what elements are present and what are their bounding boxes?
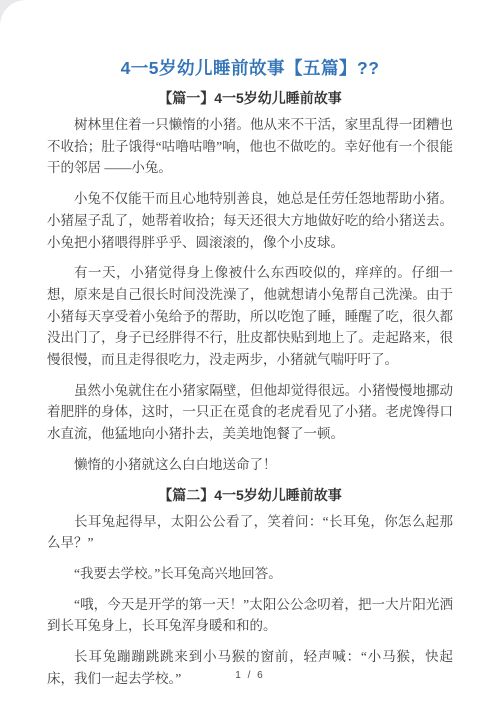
section-1-heading: 【篇一】4一5岁幼儿睡前故事 <box>47 88 453 108</box>
document-page: 4一5岁幼儿睡前故事【五篇】?? 【篇一】4一5岁幼儿睡前故事 树林里住着一只懒… <box>0 0 500 707</box>
story-paragraph: “我要去学校。”长耳兔高兴地回答。 <box>47 563 453 585</box>
story-paragraph: 有一天，小猪觉得身上像被什么东西咬似的，痒痒的。仔细一想，原来是自己很长时间没洗… <box>47 262 453 371</box>
story-paragraph: 树林里住着一只懒惰的小猪。他从来不干活，家里乱得一团糟也不收拾；肚子饿得“咕噜咕… <box>47 114 453 179</box>
story-paragraph: 长耳兔蹦蹦跳跳来到小马猴的窗前，轻声喊：“小马猴，快起床，我们一起去学校。” <box>47 646 453 689</box>
document-title: 4一5岁幼儿睡前故事【五篇】?? <box>47 56 453 80</box>
story-paragraph: 虽然小兔就住在小猪家隔壁，但他却觉得很远。小猪慢慢地挪动着肥胖的身体，这时，一只… <box>47 380 453 445</box>
story-paragraph: 懒惰的小猪就这么白白地送命了！ <box>47 454 453 476</box>
story-paragraph: 长耳兔起得早，太阳公公看了，笑着问：“长耳兔，你怎么起那么早？” <box>47 511 453 554</box>
story-paragraph: “哦，今天是开学的第一天！”太阳公公念叨着，把一大片阳光洒到长耳兔身上，长耳兔浑… <box>47 594 453 637</box>
page-indicator: 1 / 6 <box>0 670 500 681</box>
story-paragraph: 小兔不仅能干而且心地特别善良，她总是任劳任怨地帮助小猪。小猪屋子乱了，她帮着收拾… <box>47 188 453 253</box>
section-2-heading: 【篇二】4一5岁幼儿睡前故事 <box>47 485 453 505</box>
